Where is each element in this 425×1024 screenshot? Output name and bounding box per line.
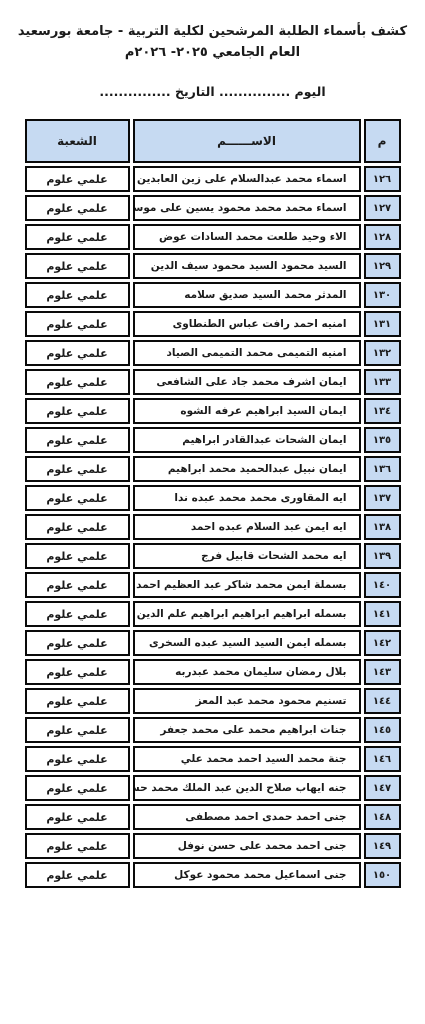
table-row: ١٤١ بسمله ابراهيم ابراهيم ابراهيم علم ال… xyxy=(25,601,401,627)
row-number-cell: ١٣٢ xyxy=(364,340,401,366)
division-cell: علمي علوم xyxy=(25,717,130,743)
table-row: ١٢٦ اسماء محمد عبدالسلام على زين العابدي… xyxy=(25,166,401,192)
row-number-cell: ١٤٣ xyxy=(364,659,401,685)
division-cell: علمي علوم xyxy=(25,340,130,366)
student-name-cell: جنات ابراهيم محمد على محمد جعفر xyxy=(133,717,361,743)
column-header-division: الشعبة xyxy=(25,119,130,163)
academic-year: العام الجامعي ٢٠٢٥- ٢٠٢٦م xyxy=(0,43,425,63)
table-row: ١٣٤ ايمان السيد ابراهيم عرفه الشوه علمي … xyxy=(25,398,401,424)
student-name-cell: بسمله ايمن السيد السيد عبده السخرى xyxy=(133,630,361,656)
table-row: ١٣٨ ايه ايمن عبد السلام عبده احمد علمي ع… xyxy=(25,514,401,540)
division-cell: علمي علوم xyxy=(25,427,130,453)
table-row: ١٤٦ جنة محمد السيد احمد محمد علي علمي عل… xyxy=(25,746,401,772)
table-row: ١٣٦ ايمان نبيل عبدالحميد محمد ابراهيم عل… xyxy=(25,456,401,482)
table-row: ١٤٠ بسملة ايمن محمد شاكر عبد العظيم احمد… xyxy=(25,572,401,598)
division-cell: علمي علوم xyxy=(25,485,130,511)
row-number-cell: ١٤٦ xyxy=(364,746,401,772)
student-name-cell: جنه ايهاب صلاح الدين عبد الملك محمد حسن xyxy=(133,775,361,801)
student-name-cell: اسماء محمد عبدالسلام على زين العابدين xyxy=(133,166,361,192)
document-page: كشف بأسماء الطلبة المرشحين لكلية التربية… xyxy=(0,0,425,1024)
row-number-cell: ١٥٠ xyxy=(364,862,401,888)
row-number-cell: ١٣٥ xyxy=(364,427,401,453)
division-cell: علمي علوم xyxy=(25,659,130,685)
students-table: م الاســــــم الشعبة ١٢٦ اسماء محمد عبدا… xyxy=(22,116,404,891)
table-header-row: م الاســــــم الشعبة xyxy=(25,119,401,163)
student-name-cell: جنى اسماعيل محمد محمود عوكل xyxy=(133,862,361,888)
student-name-cell: الاء وحيد طلعت محمد السادات عوض xyxy=(133,224,361,250)
document-title: كشف بأسماء الطلبة المرشحين لكلية التربية… xyxy=(0,22,425,43)
student-name-cell: ايمان الشحات عبدالقادر ابراهيم xyxy=(133,427,361,453)
column-header-name: الاســــــم xyxy=(133,119,361,163)
student-name-cell: بسمله ابراهيم ابراهيم ابراهيم علم الدين xyxy=(133,601,361,627)
table-row: ١٢٨ الاء وحيد طلعت محمد السادات عوض علمي… xyxy=(25,224,401,250)
table-row: ١٣٧ ايه المقاورى محمد محمد عبده ندا علمي… xyxy=(25,485,401,511)
student-name-cell: بسملة ايمن محمد شاكر عبد العظيم احمد الس… xyxy=(133,572,361,598)
student-name-cell: اسماء محمد محمد محمود يسين على موسى xyxy=(133,195,361,221)
student-name-cell: تسنيم محمود محمد عبد المعز xyxy=(133,688,361,714)
student-name-cell: ايمان نبيل عبدالحميد محمد ابراهيم xyxy=(133,456,361,482)
column-header-number: م xyxy=(364,119,401,163)
row-number-cell: ١٣٠ xyxy=(364,282,401,308)
row-number-cell: ١٣٦ xyxy=(364,456,401,482)
division-cell: علمي علوم xyxy=(25,398,130,424)
table-row: ١٤٤ تسنيم محمود محمد عبد المعز علمي علوم xyxy=(25,688,401,714)
student-name-cell: ايه ايمن عبد السلام عبده احمد xyxy=(133,514,361,540)
row-number-cell: ١٤٥ xyxy=(364,717,401,743)
student-name-cell: بلال رمضان سليمان محمد عبدربه xyxy=(133,659,361,685)
student-name-cell: المدثر محمد السيد صديق سلامه xyxy=(133,282,361,308)
table-row: ١٤٩ جنى احمد محمد على حسن نوفل علمي علوم xyxy=(25,833,401,859)
table-row: ١٣٩ ايه محمد الشحات قابيل فرج علمي علوم xyxy=(25,543,401,569)
table-row: ١٤٥ جنات ابراهيم محمد على محمد جعفر علمي… xyxy=(25,717,401,743)
division-cell: علمي علوم xyxy=(25,543,130,569)
table-row: ١٢٩ السيد محمود السيد محمود سيف الدين عل… xyxy=(25,253,401,279)
division-cell: علمي علوم xyxy=(25,456,130,482)
table-row: ١٣٣ ايمان اشرف محمد جاد على الشافعى علمي… xyxy=(25,369,401,395)
table-row: ١٥٠ جنى اسماعيل محمد محمود عوكل علمي علو… xyxy=(25,862,401,888)
row-number-cell: ١٣٨ xyxy=(364,514,401,540)
table-row: ١٣٥ ايمان الشحات عبدالقادر ابراهيم علمي … xyxy=(25,427,401,453)
division-cell: علمي علوم xyxy=(25,775,130,801)
division-cell: علمي علوم xyxy=(25,862,130,888)
row-number-cell: ١٢٨ xyxy=(364,224,401,250)
row-number-cell: ١٣٧ xyxy=(364,485,401,511)
document-header: كشف بأسماء الطلبة المرشحين لكلية التربية… xyxy=(0,22,425,99)
division-cell: علمي علوم xyxy=(25,369,130,395)
table-row: ١٤٧ جنه ايهاب صلاح الدين عبد الملك محمد … xyxy=(25,775,401,801)
row-number-cell: ١٤٨ xyxy=(364,804,401,830)
division-cell: علمي علوم xyxy=(25,282,130,308)
row-number-cell: ١٣٤ xyxy=(364,398,401,424)
row-number-cell: ١٤١ xyxy=(364,601,401,627)
division-cell: علمي علوم xyxy=(25,746,130,772)
division-cell: علمي علوم xyxy=(25,688,130,714)
student-name-cell: ايمان السيد ابراهيم عرفه الشوه xyxy=(133,398,361,424)
table-row: ١٤٨ جنى احمد حمدى احمد مصطفى علمي علوم xyxy=(25,804,401,830)
row-number-cell: ١٤٤ xyxy=(364,688,401,714)
row-number-cell: ١٣٣ xyxy=(364,369,401,395)
row-number-cell: ١٢٦ xyxy=(364,166,401,192)
table-row: ١٣٠ المدثر محمد السيد صديق سلامه علمي عل… xyxy=(25,282,401,308)
row-number-cell: ١٤٩ xyxy=(364,833,401,859)
division-cell: علمي علوم xyxy=(25,630,130,656)
row-number-cell: ١٢٩ xyxy=(364,253,401,279)
table-row: ١٤٣ بلال رمضان سليمان محمد عبدربه علمي ع… xyxy=(25,659,401,685)
division-cell: علمي علوم xyxy=(25,224,130,250)
student-name-cell: جنة محمد السيد احمد محمد علي xyxy=(133,746,361,772)
day-date-line: اليوم ............... التاريخ ..........… xyxy=(0,84,425,99)
student-name-cell: امنيه التميمى محمد التميمى الصياد xyxy=(133,340,361,366)
row-number-cell: ١٣٩ xyxy=(364,543,401,569)
student-name-cell: ايمان اشرف محمد جاد على الشافعى xyxy=(133,369,361,395)
division-cell: علمي علوم xyxy=(25,166,130,192)
row-number-cell: ١٤٧ xyxy=(364,775,401,801)
table-row: ١٤٢ بسمله ايمن السيد السيد عبده السخرى ع… xyxy=(25,630,401,656)
table-row: ١٢٧ اسماء محمد محمد محمود يسين على موسى … xyxy=(25,195,401,221)
row-number-cell: ١٣١ xyxy=(364,311,401,337)
division-cell: علمي علوم xyxy=(25,804,130,830)
division-cell: علمي علوم xyxy=(25,572,130,598)
division-cell: علمي علوم xyxy=(25,253,130,279)
division-cell: علمي علوم xyxy=(25,833,130,859)
student-name-cell: ايه المقاورى محمد محمد عبده ندا xyxy=(133,485,361,511)
row-number-cell: ١٤٢ xyxy=(364,630,401,656)
table-row: ١٣٢ امنيه التميمى محمد التميمى الصياد عل… xyxy=(25,340,401,366)
division-cell: علمي علوم xyxy=(25,514,130,540)
student-name-cell: جنى احمد محمد على حسن نوفل xyxy=(133,833,361,859)
student-name-cell: ايه محمد الشحات قابيل فرج xyxy=(133,543,361,569)
student-name-cell: امنيه احمد رافت عباس الطنطاوى xyxy=(133,311,361,337)
student-name-cell: جنى احمد حمدى احمد مصطفى xyxy=(133,804,361,830)
division-cell: علمي علوم xyxy=(25,601,130,627)
student-name-cell: السيد محمود السيد محمود سيف الدين xyxy=(133,253,361,279)
table-body: ١٢٦ اسماء محمد عبدالسلام على زين العابدي… xyxy=(25,166,401,888)
row-number-cell: ١٢٧ xyxy=(364,195,401,221)
row-number-cell: ١٤٠ xyxy=(364,572,401,598)
table-row: ١٣١ امنيه احمد رافت عباس الطنطاوى علمي ع… xyxy=(25,311,401,337)
division-cell: علمي علوم xyxy=(25,311,130,337)
division-cell: علمي علوم xyxy=(25,195,130,221)
